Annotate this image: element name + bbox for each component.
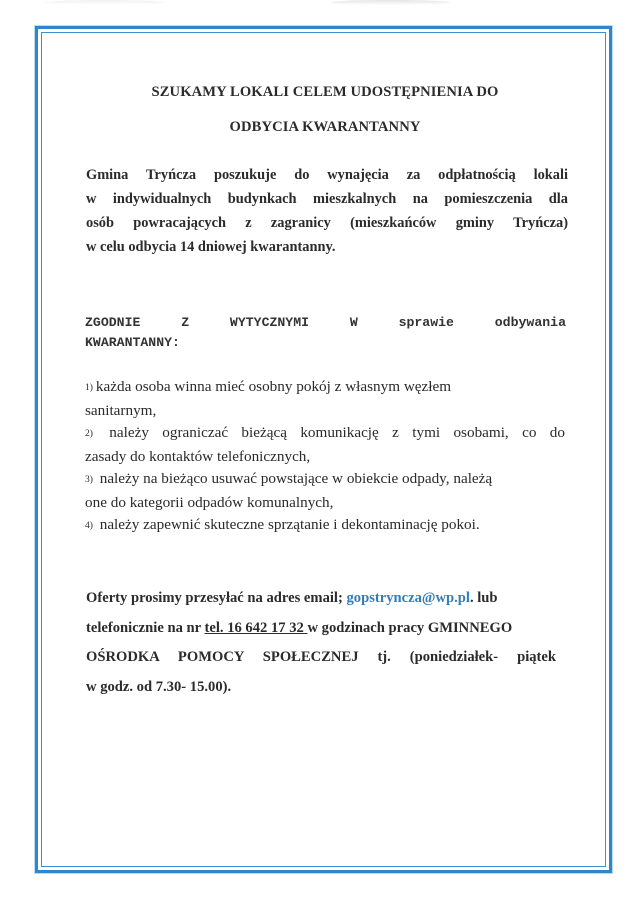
guidelines-list: 1)każda osoba winna mieć osobny pokój z … bbox=[85, 376, 565, 538]
intro-line: Gmina Tryńcza poszukuje do wynajęcia za … bbox=[86, 163, 568, 187]
guidelines-heading-line: ZGODNIE Z WYTYCZNYMI W sprawie odbywania bbox=[85, 313, 566, 333]
list-item-text: należy ograniczać bieżącą komunikację z … bbox=[109, 424, 565, 441]
contact-text: telefonicznie na nr bbox=[86, 620, 205, 636]
phone-number: tel. 16 642 17 32 bbox=[205, 620, 308, 636]
contact-text: . lub bbox=[470, 590, 498, 606]
intro-line: w celu odbycia 14 dniowej kwarantanny. bbox=[86, 235, 568, 259]
contact-paragraph: Oferty prosimy przesyłać na adres email;… bbox=[86, 584, 556, 702]
list-item-2: 2) należy ograniczać bieżącą komunikację… bbox=[85, 422, 565, 446]
document-title-line-2: ODBYCIA KWARANTANNY bbox=[60, 119, 590, 136]
intro-line: w indywidualnych budynkach mieszkalnych … bbox=[86, 187, 568, 211]
document-title-line-1: SZUKAMY LOKALI CELEM UDOSTĘPNIENIA DO bbox=[60, 84, 590, 101]
list-number: 4) bbox=[85, 521, 93, 531]
list-item-1: 1)każda osoba winna mieć osobny pokój z … bbox=[85, 376, 565, 400]
scan-artifact bbox=[330, 0, 450, 5]
scan-artifact bbox=[45, 0, 165, 5]
guidelines-heading: ZGODNIE Z WYTYCZNYMI W sprawie odbywania… bbox=[85, 313, 566, 353]
email-link[interactable]: gopstryncza@wp.pl bbox=[346, 590, 469, 606]
list-item-text: każda osoba winna mieć osobny pokój z wł… bbox=[96, 378, 451, 395]
list-item-text: należy na bieżąco usuwać powstające w ob… bbox=[100, 470, 492, 487]
list-item-4: 4) należy zapewnić skuteczne sprzątanie … bbox=[85, 514, 565, 538]
list-item-3-cont: one do kategorii odpadów komunalnych, bbox=[85, 492, 565, 515]
contact-line-2: telefonicznie na nr tel. 16 642 17 32 w … bbox=[86, 614, 556, 644]
list-number: 1) bbox=[85, 383, 93, 393]
list-number: 3) bbox=[85, 475, 93, 485]
list-item-text: należy zapewnić skuteczne sprzątanie i d… bbox=[100, 516, 480, 533]
contact-line-4: w godz. od 7.30- 15.00). bbox=[86, 673, 556, 703]
intro-paragraph: Gmina Tryńcza poszukuje do wynajęcia za … bbox=[86, 163, 568, 259]
intro-line: osób powracających z zagranicy (mieszkań… bbox=[86, 211, 568, 235]
list-item-1-cont: sanitarnym, bbox=[85, 400, 565, 423]
guidelines-heading-line: KWARANTANNY: bbox=[85, 333, 566, 353]
list-number: 2) bbox=[85, 429, 93, 439]
list-item-2-cont: zasady do kontaktów telefonicznych, bbox=[85, 446, 565, 469]
contact-text: Oferty prosimy przesyłać na adres email; bbox=[86, 590, 346, 606]
list-item-3: 3) należy na bieżąco usuwać powstające w… bbox=[85, 468, 565, 492]
contact-text: w godzinach pracy GMINNEGO bbox=[307, 620, 512, 636]
contact-line-3: OŚRODKA POMOCY SPOŁECZNEJ tj. (poniedzia… bbox=[86, 643, 556, 673]
contact-line-1: Oferty prosimy przesyłać na adres email;… bbox=[86, 584, 556, 614]
